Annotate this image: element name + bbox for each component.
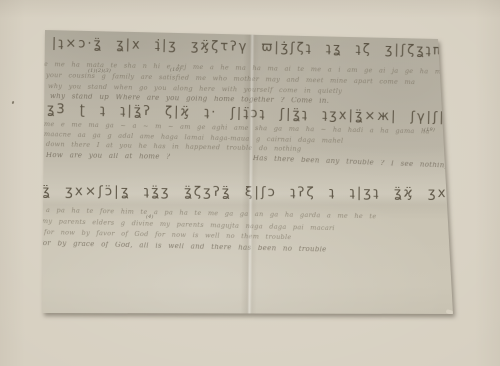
annotation-number: (4) bbox=[146, 214, 154, 220]
translation-line: for by grace of God, all is well and the… bbox=[40, 240, 380, 255]
annotation-number: (10) bbox=[170, 67, 181, 73]
photo-mount: |ʇ×ɔ·ʓ̈ ʓ|х ʇ̇|ʒ ʒϗ̈ζ̇τʔγ ϖ|ʒ̇ʃζ̇ʇ ʇʓ ʇζ… bbox=[0, 0, 500, 366]
translation-line: How are you all at home ? bbox=[46, 152, 206, 161]
letter-paper: |ʇ×ɔ·ʓ̈ ʓ|х ʇ̇|ʒ ʒϗ̈ζ̇τʔγ ϖ|ʒ̇ʃζ̇ʇ ʇʓ ʇζ… bbox=[0, 0, 500, 366]
annotation-number: (1)(2)(3) bbox=[88, 68, 111, 74]
paper-chip bbox=[446, 309, 454, 315]
center-fold-crease bbox=[241, 30, 260, 315]
letter-photograph: |ʇ×ɔ·ʓ̈ ʓ|х ʇ̇|ʒ ʒϗ̈ζ̇τʔγ ϖ|ʒ̇ʃζ̇ʇ ʇʓ ʇζ… bbox=[0, 0, 500, 366]
translation-line: Has there been any trouble ? I see nothi… bbox=[253, 155, 463, 170]
annotation-number: (19) bbox=[424, 127, 435, 133]
